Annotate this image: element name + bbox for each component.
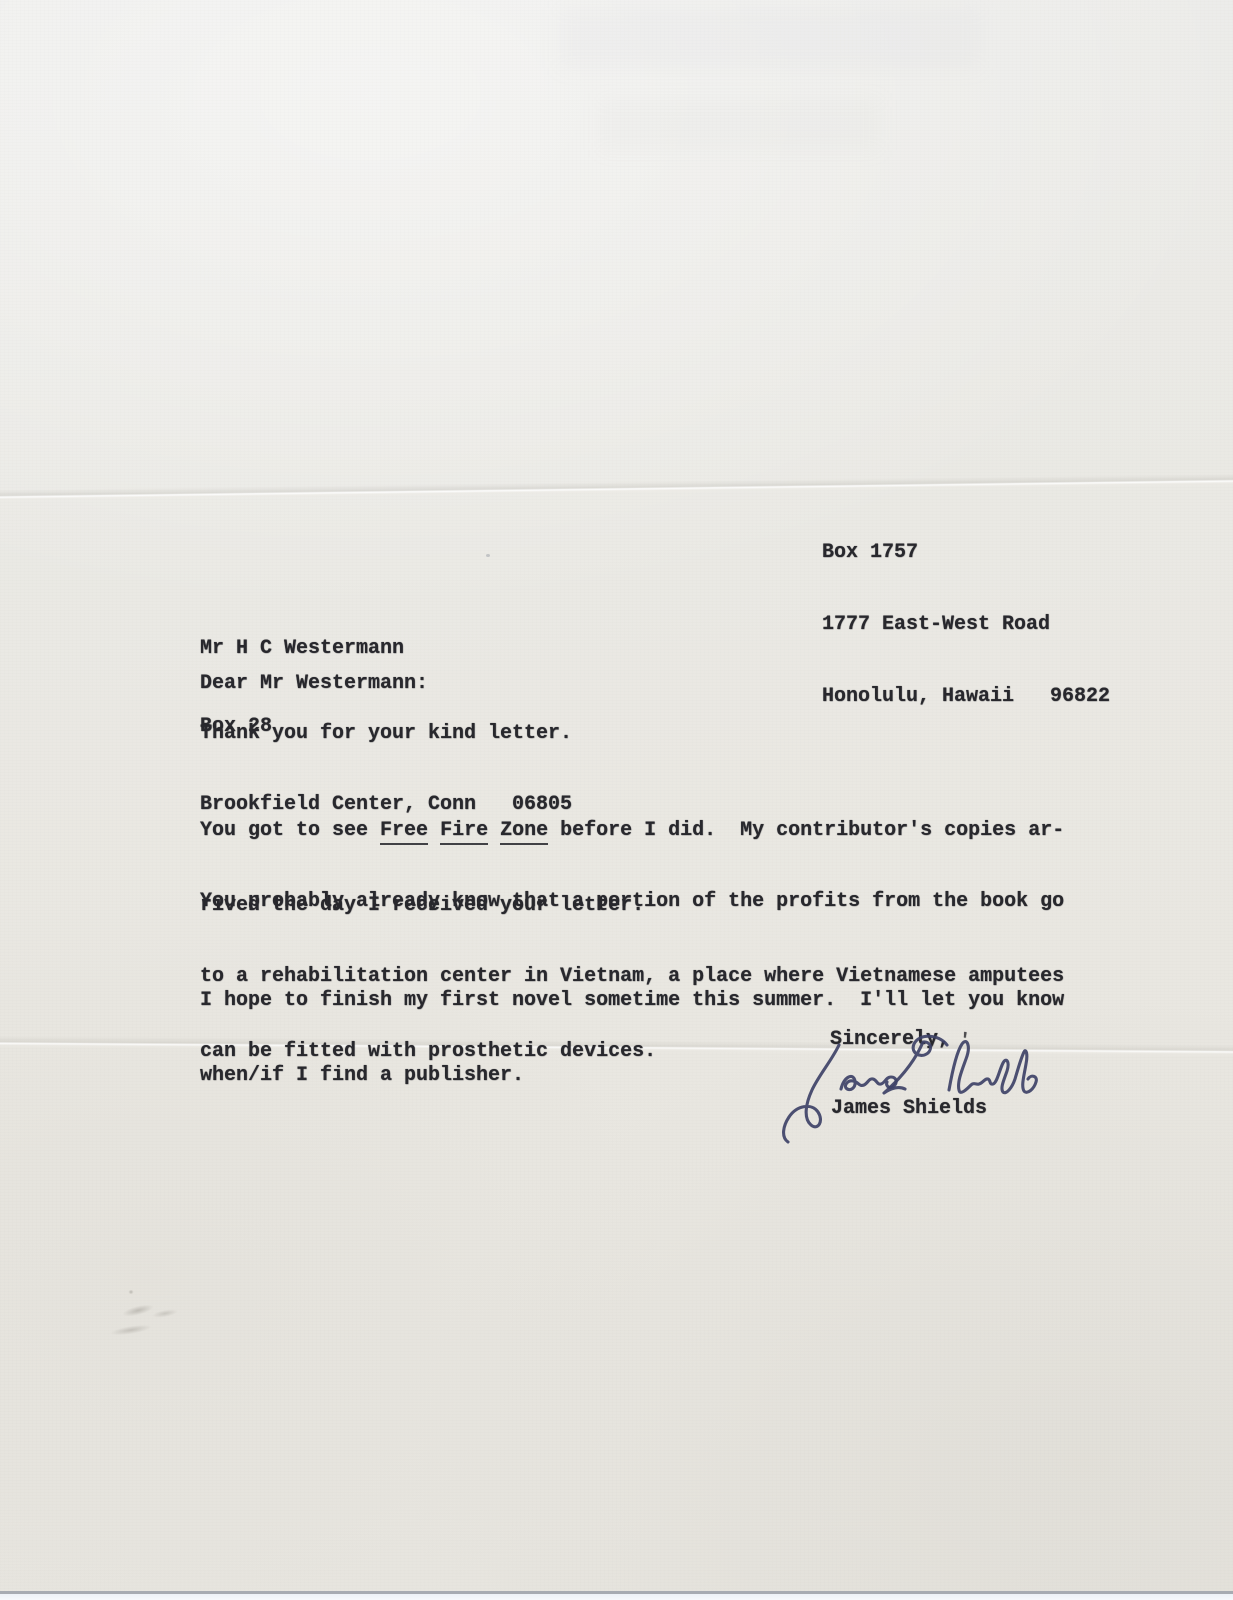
handwritten-signature: [755, 1015, 1055, 1155]
scanner-background: [0, 1594, 1233, 1600]
signature-stroke-j: [784, 1045, 839, 1142]
pencil-smudge: [110, 1323, 153, 1337]
return-address: Box 1757 1777 East-West Road Honolulu, H…: [822, 493, 1110, 757]
show-through-ghost: [560, 8, 980, 68]
paragraph-1: Thank you for your kind letter.: [200, 721, 572, 746]
pencil-smudge: [121, 1302, 154, 1318]
recipient-line: Mr H C Westermann: [200, 636, 572, 662]
signature-stroke-s-capital: [884, 1036, 947, 1093]
signature-stroke-hields: [949, 1042, 1036, 1093]
pencil-smudge: [128, 1290, 134, 1294]
show-through-ghost: [600, 100, 880, 150]
dust-speck: [486, 554, 490, 557]
return-address-line: 1777 East-West Road: [822, 613, 1110, 637]
pencil-smudge: [152, 1308, 179, 1319]
return-address-line: Box 1757: [822, 541, 1110, 565]
salutation: Dear Mr Westermann:: [200, 671, 428, 696]
letter-scan-page: Box 1757 1777 East-West Road Honolulu, H…: [0, 0, 1233, 1592]
paragraph-3-line: You probably already know that a portion…: [200, 889, 1064, 914]
typed-signature-name: James Shields: [831, 1096, 987, 1121]
paragraph-4-line: I hope to finish my first novel sometime…: [200, 988, 1064, 1013]
return-address-line: Honolulu, Hawaii 96822: [822, 685, 1110, 709]
